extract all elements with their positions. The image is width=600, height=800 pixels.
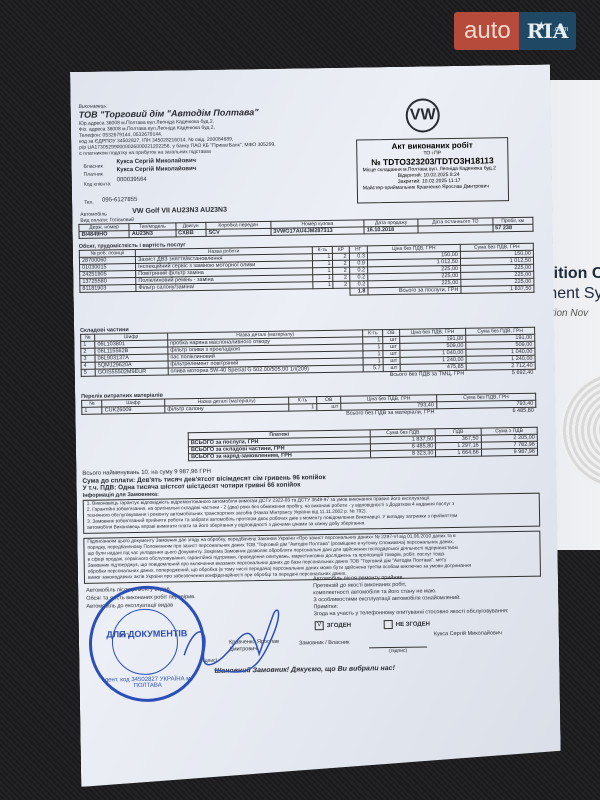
logo-ria: ★RIA.com bbox=[519, 12, 577, 50]
client-phone: 095-6127855 bbox=[102, 197, 137, 205]
car-model: VW Golf VII AU23N3 AU23N3 bbox=[132, 207, 227, 215]
star-icon: ★ bbox=[537, 12, 546, 46]
client-code: 000039564 bbox=[117, 177, 147, 184]
phone-label: Тел. bbox=[84, 200, 94, 207]
company-name: ТОВ "Торговий дім "Автодім Полтава" bbox=[79, 107, 259, 120]
disagree-option[interactable]: НЕ ЗГОДЕН bbox=[384, 619, 430, 629]
company-tax-status: є платником податку на прибуток на загал… bbox=[79, 149, 211, 158]
vehicle-table: Держ. номерТип/модельДвигунКоробка перед… bbox=[78, 217, 533, 239]
handover-right: Автомобіль після ремонту прийняв.Претенз… bbox=[313, 573, 509, 618]
agree-checkbox[interactable]: V bbox=[315, 621, 324, 630]
work-completion-act-document: Виконавець: ТОВ "Торговий дім "Автодім П… bbox=[70, 64, 561, 786]
owner-label: Власник bbox=[83, 163, 102, 170]
owner-name: Кукса Сергій Миколайович bbox=[116, 158, 196, 166]
payer-label: Платник bbox=[84, 171, 103, 178]
act-header-box: Акт виконаних робіт ТО і ПР № TDTO323203… bbox=[356, 137, 509, 203]
vw-logo-icon: VW bbox=[405, 98, 440, 133]
autoria-watermark-logo: auto ★RIA.com bbox=[454, 12, 576, 50]
customer-signature-label: (підпис) bbox=[369, 646, 427, 655]
payments-table: ПлатежіСума без ПДВПДВСума з ПДВВСЬОГО з… bbox=[188, 427, 538, 461]
payer-name: Кукса Сергій Миколайович bbox=[117, 166, 197, 174]
booklet-disc-image bbox=[560, 370, 600, 490]
signature-scribble bbox=[173, 604, 294, 686]
logo-auto: auto bbox=[454, 12, 519, 50]
customer-info-box: 1. Виконавець гарантує відповідність від… bbox=[83, 493, 540, 534]
agree-option[interactable]: VЗГОДЕН bbox=[315, 621, 351, 631]
parts-table: №ШифрНазва деталі (матеріалу)К-тьОВЦіна … bbox=[80, 327, 536, 383]
services-table: № роб. позиціїНазва роботиК-тьКРНГЦіна б… bbox=[79, 243, 535, 300]
client-code-label: Код клієнта bbox=[84, 181, 111, 188]
disagree-checkbox[interactable] bbox=[384, 620, 393, 629]
customer-name: Кукса Сергій Миколайович bbox=[434, 630, 502, 638]
act-master: Майстер-приймальник Кравченко Ярослав Дм… bbox=[358, 183, 508, 191]
customer-label: Замовник / Власник bbox=[299, 640, 350, 648]
